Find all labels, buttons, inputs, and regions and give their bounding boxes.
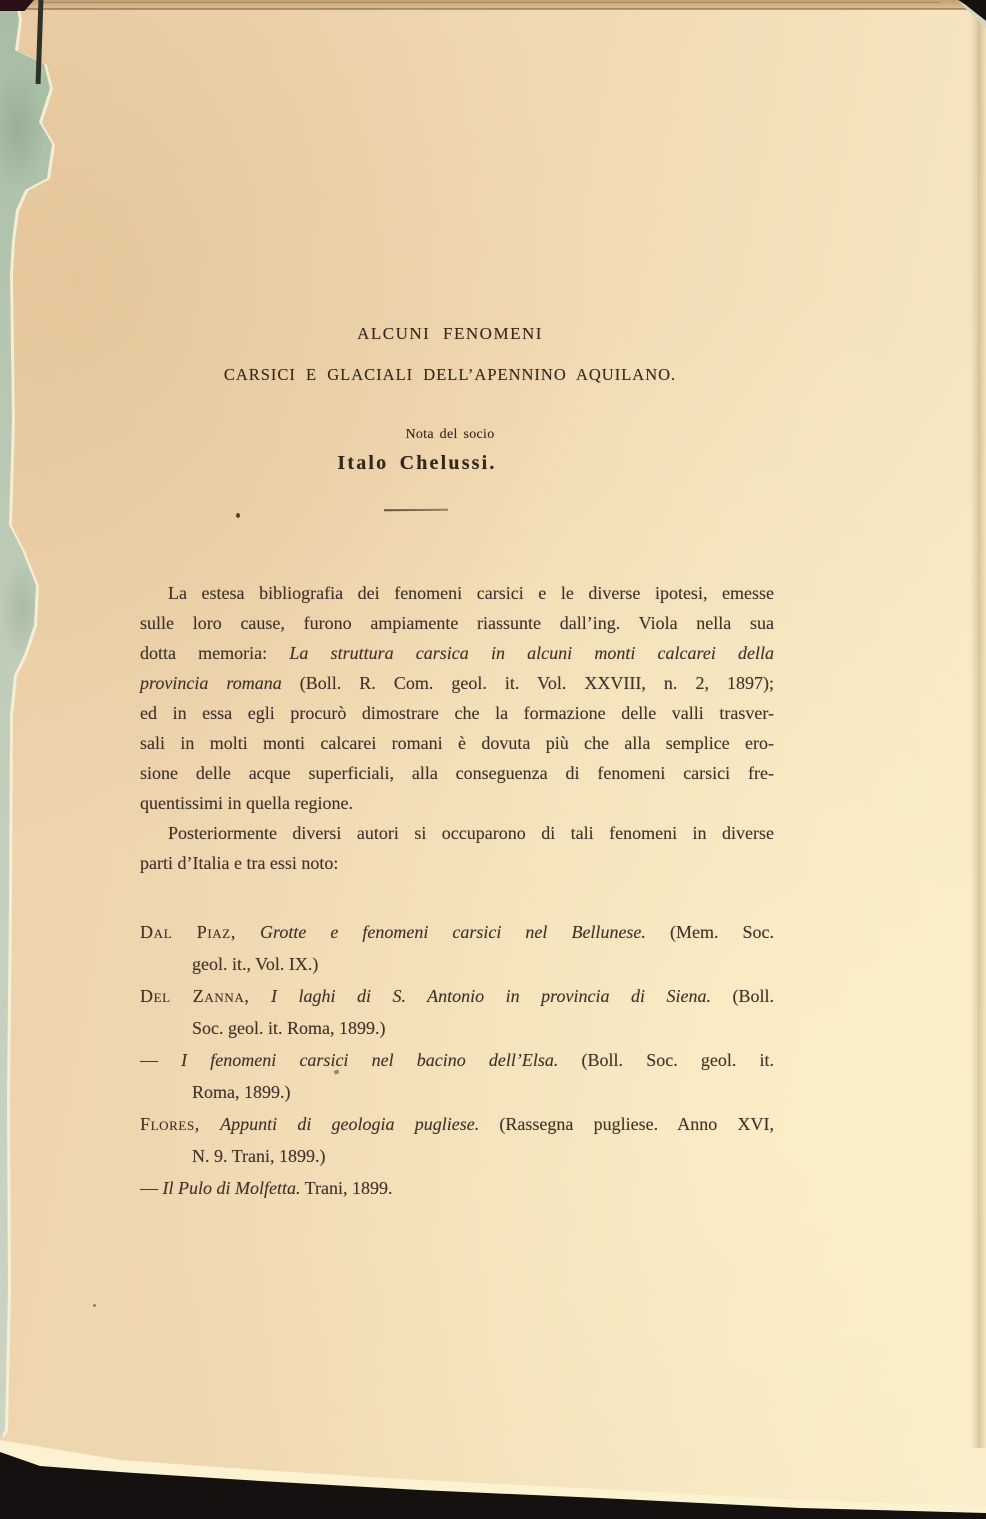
top-edge-shadow-line <box>0 8 986 10</box>
text-segment: (Boll. <box>711 986 774 1006</box>
text-line: parti d’Italia e tra essi noto: <box>140 848 774 878</box>
text-segment: sali in molti monti calcarei romani è do… <box>140 733 774 753</box>
text-segment: sione delle acque superficiali, alla con… <box>140 763 774 783</box>
cited-author-name: Del Zanna, <box>140 986 249 1006</box>
text-segment: La estesa bibliografia dei fenomeni cars… <box>168 583 774 603</box>
author-name-heading: Italo Chelussi. <box>100 452 734 475</box>
work-title: I laghi di S. Antonio in provincia di Si… <box>271 986 711 1006</box>
bibliography-list: Dal Piaz, Grotte e fenomeni carsici nel … <box>140 916 774 1204</box>
article-title-line1: ALCUNI FENOMENI <box>133 324 767 344</box>
cited-author-name: Flores, <box>140 1114 200 1134</box>
text-line: sione delle acque superficiali, alla con… <box>140 758 774 788</box>
work-title: Il Pulo di Molfetta. <box>163 1178 301 1198</box>
text-segment: — <box>140 1050 181 1070</box>
work-title: Grotte e fenomeni carsici nel Bellunese. <box>260 922 646 942</box>
text-segment: N. 9. Trani, 1899.) <box>192 1146 326 1166</box>
text-segment: sulle loro cause, furono ampiamente rias… <box>140 613 774 633</box>
text-line: Del Zanna, I laghi di S. Antonio in prov… <box>140 980 774 1012</box>
torn-green-remnant <box>0 8 58 1444</box>
scanned-book-page: ALCUNI FENOMENI CARSICI E GLACIALI DELL’… <box>0 0 986 1519</box>
text-segment: (Boll. R. Com. geol. it. Vol. XXVIII, n.… <box>282 673 774 693</box>
top-edge-crease <box>40 2 940 3</box>
text-line: Dal Piaz, Grotte e fenomeni carsici nel … <box>140 916 774 948</box>
byline-label: Nota del socio <box>133 427 767 443</box>
text-segment: Roma, 1899.) <box>192 1082 291 1102</box>
text-line: sulle loro cause, furono ampiamente rias… <box>140 608 774 638</box>
text-segment: (Boll. Soc. geol. it. <box>558 1050 774 1070</box>
ink-speck <box>236 513 240 518</box>
text-segment <box>249 986 271 1006</box>
text-line: provincia romana (Boll. R. Com. geol. it… <box>140 668 774 698</box>
text-line: quentissimi in quella regione. <box>140 788 774 818</box>
text-line: geol. it., Vol. IX.) <box>140 948 774 980</box>
paragraph-2: Posteriormente diversi autori si occupar… <box>140 818 774 878</box>
text-line: Posteriormente diversi autori si occupar… <box>140 818 774 848</box>
text-line: La estesa bibliografia dei fenomeni cars… <box>140 578 774 608</box>
text-segment: dotta memoria: <box>140 643 289 663</box>
text-line: — Il Pulo di Molfetta. Trani, 1899. <box>140 1172 774 1204</box>
torn-edge-wrapper <box>0 8 58 1444</box>
text-line: sali in molti monti calcarei romani è do… <box>140 728 774 758</box>
article-title-line2: CARSICI E GLACIALI DELL’APENNINO AQUILAN… <box>133 365 767 385</box>
work-title: Appunti di geologia pugliese. <box>220 1114 479 1134</box>
text-segment: Trani, 1899. <box>300 1178 392 1198</box>
text-segment: (Mem. Soc. <box>646 922 774 942</box>
text-segment: Posteriormente diversi autori si occupar… <box>168 823 774 843</box>
text-segment: geol. it., Vol. IX.) <box>192 954 318 974</box>
cited-author-name: Dal Piaz, <box>140 922 236 942</box>
text-line: Roma, 1899.) <box>140 1076 774 1108</box>
ink-speck <box>93 1304 96 1307</box>
text-line: ed in essa egli procurò dimostrare che l… <box>140 698 774 728</box>
text-segment: Soc. geol. it. Roma, 1899.) <box>192 1018 385 1038</box>
text-segment: ed in essa egli procurò dimostrare che l… <box>140 703 774 723</box>
text-line: — I fenomeni carsici nel bacino dell’Els… <box>140 1044 774 1076</box>
work-title: provincia romana <box>140 673 282 693</box>
text-line: Flores, Appunti di geologia pugliese. (R… <box>140 1108 774 1140</box>
text-column: La estesa bibliografia dei fenomeni cars… <box>140 578 774 1204</box>
text-segment <box>236 922 260 942</box>
text-segment: quentissimi in quella regione. <box>140 793 353 813</box>
text-segment: (Rassegna pugliese. Anno XVI, <box>479 1114 774 1134</box>
work-title: I fenomeni carsici nel bacino dell’Elsa. <box>181 1050 558 1070</box>
text-line: N. 9. Trani, 1899.) <box>140 1140 774 1172</box>
text-segment <box>200 1114 220 1134</box>
text-segment: parti d’Italia e tra essi noto: <box>140 853 338 873</box>
text-segment: — <box>140 1178 163 1198</box>
work-title: La struttura carsica in alcuni monti cal… <box>289 643 774 663</box>
text-line: dotta memoria: La struttura carsica in a… <box>140 638 774 668</box>
page-right-edge <box>970 8 986 1448</box>
paragraph-1: La estesa bibliografia dei fenomeni cars… <box>140 578 774 818</box>
text-line: Soc. geol. it. Roma, 1899.) <box>140 1012 774 1044</box>
